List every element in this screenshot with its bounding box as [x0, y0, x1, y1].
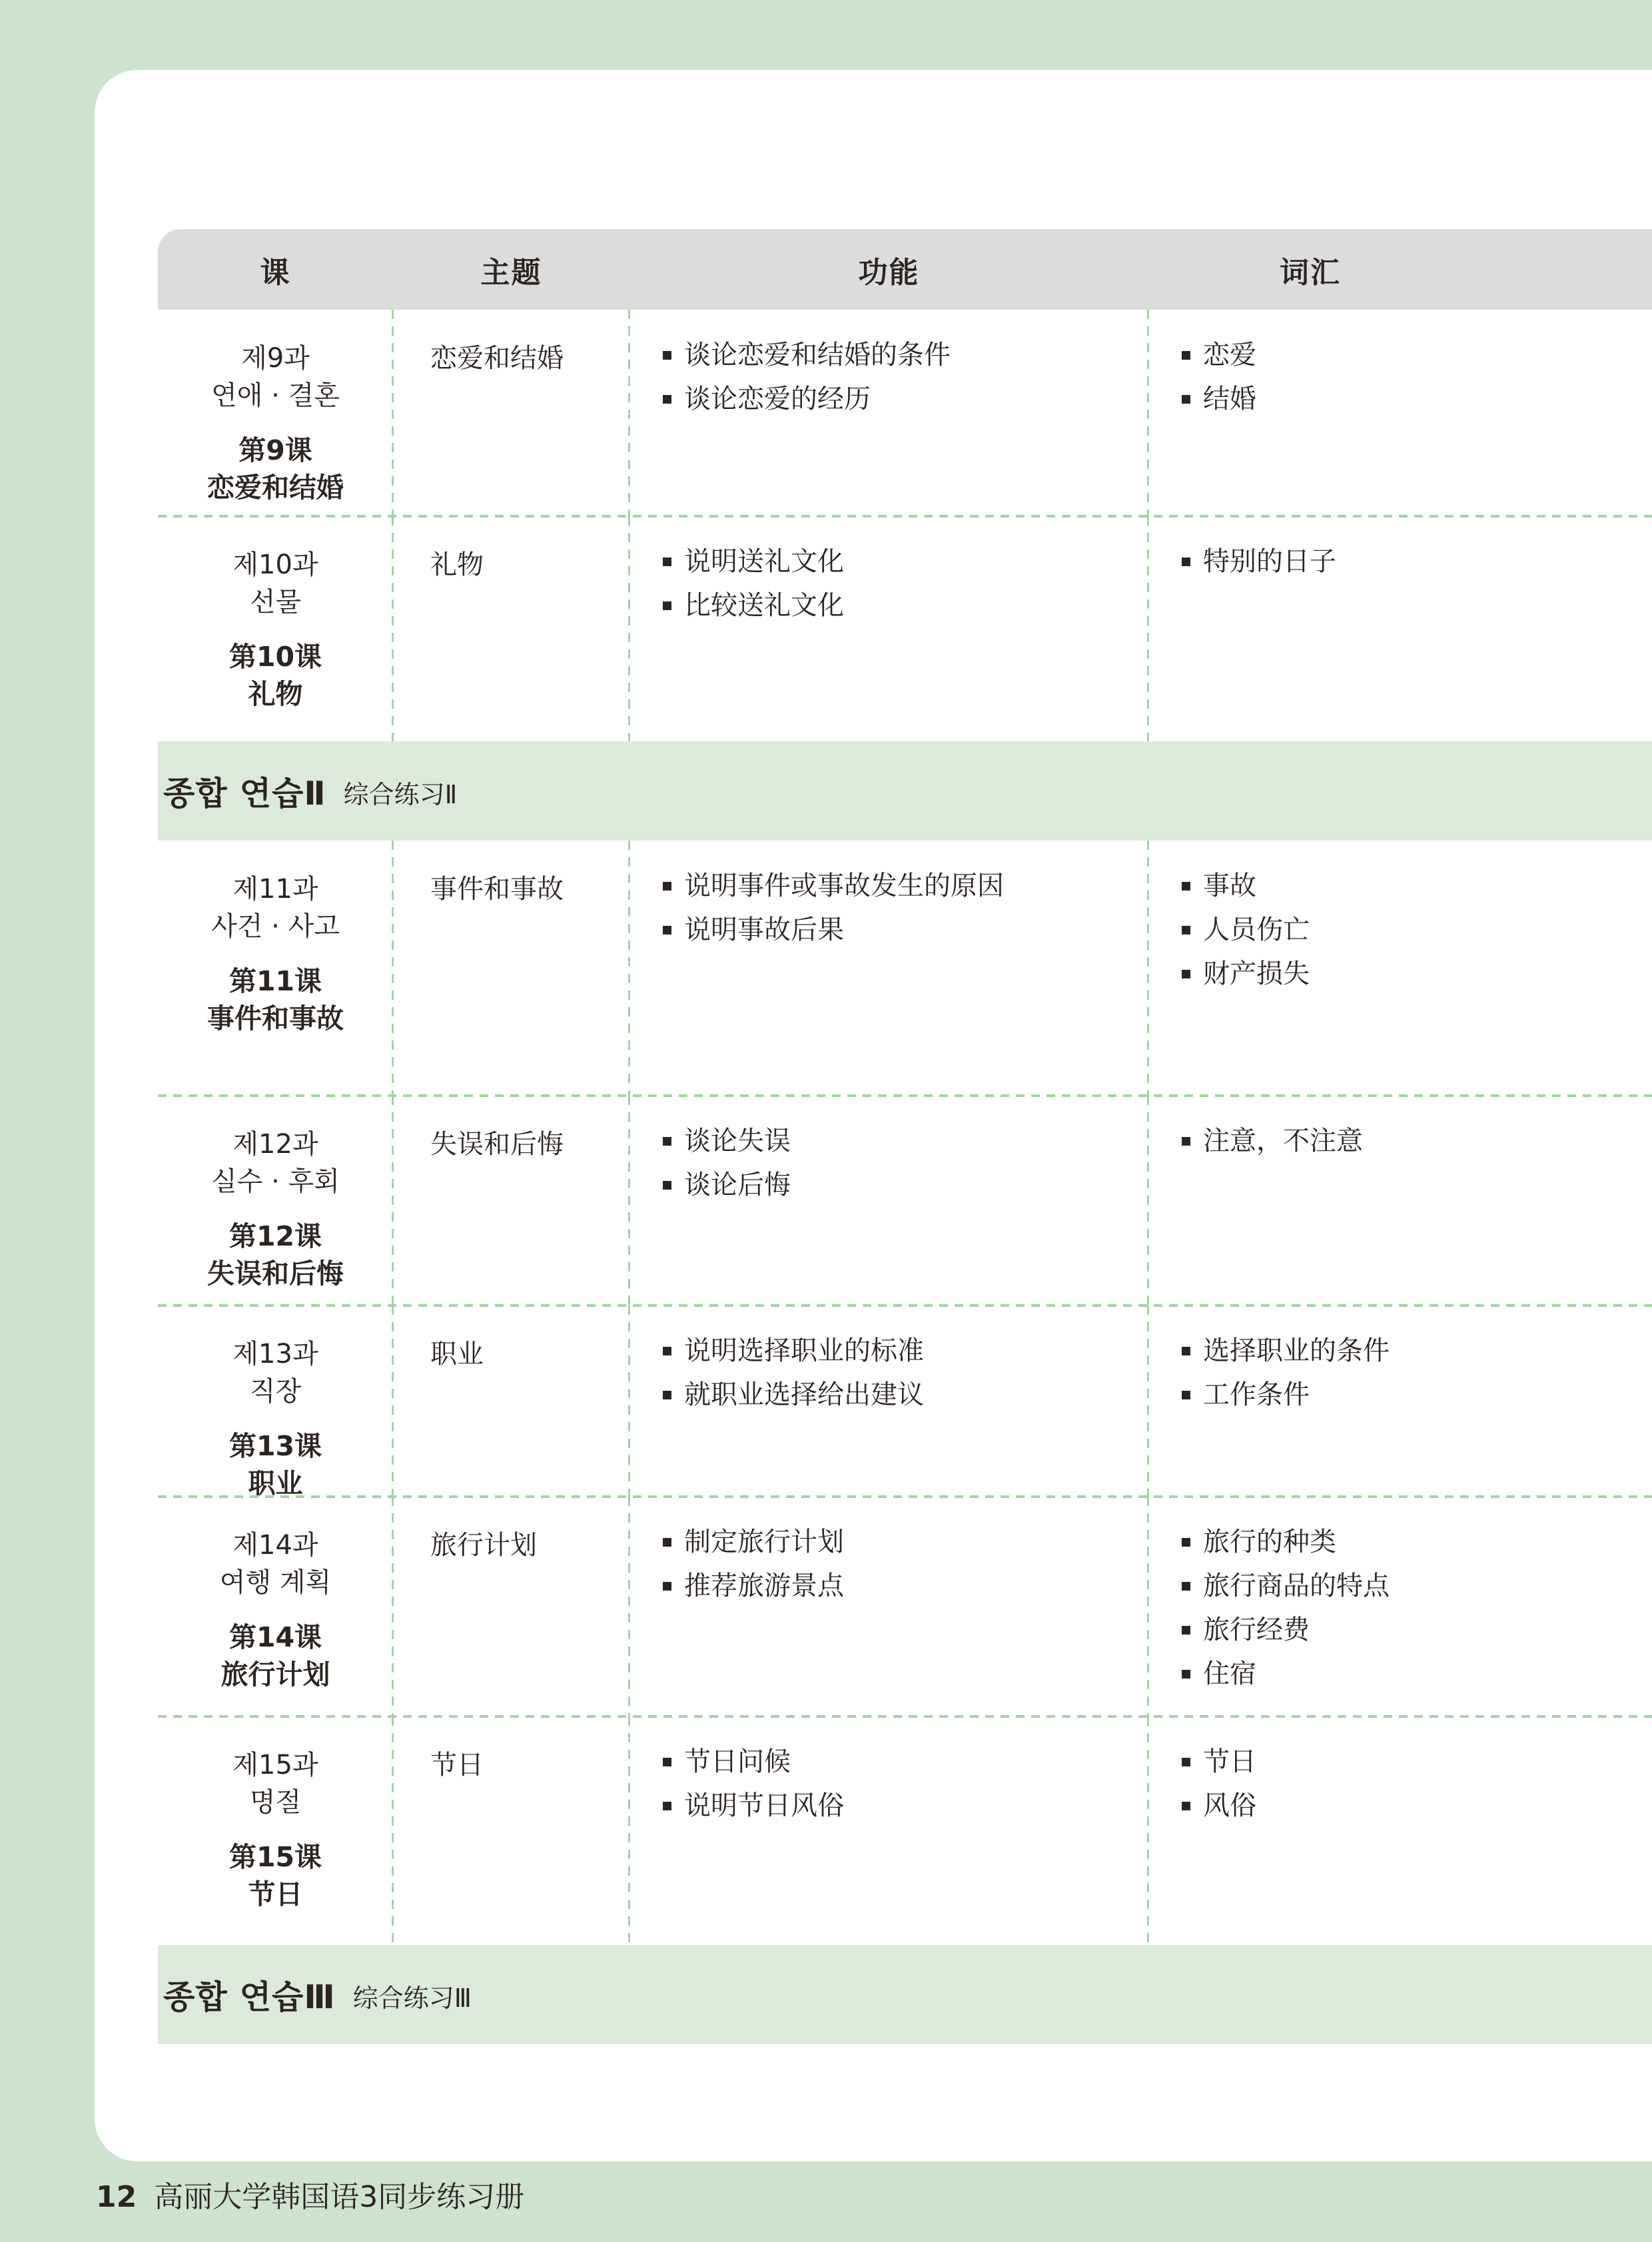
page-footer: 12高丽大学韩国语3同步练习册	[96, 2173, 524, 2215]
section-title-chinese: 综合练习Ⅲ	[353, 1975, 472, 2014]
vocabulary-item: 选择职业的条件	[1180, 1333, 1652, 1368]
function-item: 就职业选择给出建议	[661, 1377, 1148, 1412]
column-divider	[392, 1497, 394, 1716]
column-divider	[1147, 1716, 1149, 1945]
vocabulary-item: 旅行商品的特点	[1180, 1569, 1652, 1603]
topic-cell: 职业	[393, 1306, 629, 1502]
function-item: 谈论恋爱和结婚的条件	[661, 338, 1148, 372]
functions-cell: 说明选择职业的标准 就职业选择给出建议	[629, 1306, 1148, 1502]
vocabulary-cell: 事故 人员伤亡 财产损失	[1148, 841, 1652, 1096]
content-panel: 课 主题 功能 词汇 제9과 연애 · 결혼 第9课 恋爱和结婚 恋爱和结婚 谈…	[95, 70, 1652, 2161]
function-item: 谈论后悔	[661, 1168, 1148, 1202]
lesson-title-chinese: 第15课 节日	[158, 1838, 393, 1913]
functions-cell: 节日问候 说明节日风俗	[629, 1716, 1148, 1945]
functions-cell: 说明事件或事故发生的原因 说明事故后果	[629, 841, 1148, 1096]
column-divider	[1147, 1096, 1149, 1306]
function-item: 推荐旅游景点	[661, 1569, 1148, 1603]
column-divider	[628, 1306, 630, 1497]
syllabus-table: 课 主题 功能 词汇 제9과 연애 · 결혼 第9课 恋爱和结婚 恋爱和结婚 谈…	[158, 229, 1652, 2044]
lesson-title-korean: 제14과 여행 계획	[158, 1527, 393, 1601]
table-row-lesson-15: 제15과 명절 第15课 节日 节日 节日问候 说明节日风俗 节日 风俗	[158, 1716, 1652, 1945]
column-divider	[392, 1096, 394, 1306]
topic-cell: 恋爱和结婚	[393, 310, 629, 516]
lesson-title-korean: 제12과 실수 · 후회	[158, 1126, 393, 1200]
section-title-korean: 종합 연습Ⅲ	[163, 1972, 336, 2018]
lesson-title-chinese: 第11课 事件和事故	[158, 962, 393, 1037]
table-row-lesson-9: 제9과 연애 · 결혼 第9课 恋爱和结婚 恋爱和结婚 谈论恋爱和结婚的条件 谈…	[158, 310, 1652, 516]
lesson-cell: 제14과 여행 계획 第14课 旅行计划	[158, 1497, 393, 1716]
lesson-title-korean: 제15과 명절	[158, 1746, 393, 1821]
column-divider	[1147, 516, 1149, 741]
section-title-korean: 종합 연습Ⅱ	[163, 768, 326, 815]
vocabulary-cell: 旅行的种类 旅行商品的特点 旅行经费 住宿	[1148, 1497, 1652, 1716]
vocabulary-item: 注意，不注意	[1180, 1124, 1652, 1158]
lesson-title-chinese: 第10课 礼物	[158, 638, 393, 713]
function-item: 说明送礼文化	[661, 544, 1148, 579]
functions-cell: 谈论恋爱和结婚的条件 谈论恋爱的经历	[629, 310, 1148, 516]
column-divider	[392, 516, 394, 741]
lesson-cell: 제13과 직장 第13课 职业	[158, 1306, 393, 1502]
table-row-lesson-10: 제10과 선물 第10课 礼物 礼物 说明送礼文化 比较送礼文化 特别的日子	[158, 516, 1652, 741]
table-row-lesson-14: 제14과 여행 계획 第14课 旅行计划 旅行计划 制定旅行计划 推荐旅游景点 …	[158, 1497, 1652, 1716]
column-header-function: 功能	[629, 248, 1148, 291]
function-item: 谈论恋爱的经历	[661, 382, 1148, 416]
column-header-topic: 主题	[393, 248, 629, 291]
vocabulary-item: 恋爱	[1180, 338, 1652, 372]
section-bar-practice-3: 종합 연습Ⅲ 综合练习Ⅲ	[158, 1945, 1652, 2044]
vocabulary-cell: 恋爱 结婚	[1148, 310, 1652, 516]
vocabulary-cell: 注意，不注意	[1148, 1096, 1652, 1306]
lesson-title-korean: 제9과 연애 · 결혼	[158, 340, 393, 414]
functions-cell: 说明送礼文化 比较送礼文化	[629, 516, 1148, 741]
column-divider	[392, 310, 394, 516]
lesson-cell: 제12과 실수 · 후회 第12课 失误和后悔	[158, 1096, 393, 1306]
lesson-title-chinese: 第12课 失误和后悔	[158, 1218, 393, 1292]
topic-cell: 失误和后悔	[393, 1096, 629, 1306]
lesson-cell: 제15과 명절 第15课 节日	[158, 1716, 393, 1945]
function-item: 比较送礼文化	[661, 588, 1148, 623]
vocabulary-cell: 节日 风俗	[1148, 1716, 1652, 1945]
column-divider	[628, 310, 630, 516]
column-divider	[1147, 841, 1149, 1096]
column-divider	[628, 1497, 630, 1716]
lesson-title-chinese: 第13课 职业	[158, 1427, 393, 1502]
functions-cell: 制定旅行计划 推荐旅游景点	[629, 1497, 1148, 1716]
column-divider	[628, 1716, 630, 1945]
vocabulary-item: 结婚	[1180, 382, 1652, 416]
topic-cell: 礼物	[393, 516, 629, 741]
vocabulary-cell: 特别的日子	[1148, 516, 1652, 741]
lesson-title-korean: 제10과 선물	[158, 546, 393, 621]
column-divider	[392, 1716, 394, 1945]
vocabulary-item: 工作条件	[1180, 1377, 1652, 1412]
page-number: 12	[96, 2180, 137, 2214]
column-divider	[1147, 1306, 1149, 1497]
table-row-lesson-12: 제12과 실수 · 후회 第12课 失误和后悔 失误和后悔 谈论失误 谈论后悔 …	[158, 1096, 1652, 1306]
lesson-cell: 제11과 사건 · 사고 第11课 事件和事故	[158, 841, 393, 1096]
page-background: { "colors": { "page_bg": "#cde3cd", "pan…	[0, 0, 1652, 2242]
function-item: 谈论失误	[661, 1124, 1148, 1158]
function-item: 节日问候	[661, 1744, 1148, 1779]
function-item: 说明节日风俗	[661, 1788, 1148, 1823]
vocabulary-cell: 选择职业的条件 工作条件	[1148, 1306, 1652, 1502]
section-title-chinese: 综合练习Ⅱ	[344, 771, 458, 811]
table-header-row: 课 主题 功能 词汇	[158, 229, 1652, 310]
vocabulary-item: 事故	[1180, 869, 1652, 903]
column-divider	[628, 516, 630, 741]
vocabulary-item: 风俗	[1180, 1788, 1652, 1823]
vocabulary-item: 住宿	[1180, 1657, 1652, 1691]
vocabulary-item: 人员伤亡	[1180, 913, 1652, 947]
column-divider	[628, 841, 630, 1096]
topic-cell: 节日	[393, 1716, 629, 1945]
lesson-cell: 제9과 연애 · 결혼 第9课 恋爱和结婚	[158, 310, 393, 516]
function-item: 说明选择职业的标准	[661, 1333, 1148, 1368]
column-divider	[628, 1096, 630, 1306]
function-item: 说明事件或事故发生的原因	[661, 869, 1148, 903]
column-divider	[392, 1306, 394, 1497]
vocabulary-item: 节日	[1180, 1744, 1652, 1779]
function-item: 说明事故后果	[661, 913, 1148, 947]
lesson-cell: 제10과 선물 第10课 礼物	[158, 516, 393, 741]
column-divider	[1147, 310, 1149, 516]
table-row-lesson-11: 제11과 사건 · 사고 第11课 事件和事故 事件和事故 说明事件或事故发生的…	[158, 841, 1652, 1096]
column-divider	[1147, 1497, 1149, 1716]
column-header-lesson: 课	[158, 248, 393, 291]
vocabulary-item: 特别的日子	[1180, 544, 1652, 579]
topic-cell: 事件和事故	[393, 841, 629, 1096]
lesson-title-korean: 제11과 사건 · 사고	[158, 871, 393, 945]
functions-cell: 谈论失误 谈论后悔	[629, 1096, 1148, 1306]
lesson-title-chinese: 第14课 旅行计划	[158, 1619, 393, 1693]
section-bar-practice-2: 종합 연습Ⅱ 综合练习Ⅱ	[158, 741, 1652, 841]
vocabulary-item: 旅行的种类	[1180, 1525, 1652, 1559]
column-divider	[392, 841, 394, 1096]
vocabulary-item: 财产损失	[1180, 956, 1652, 991]
topic-cell: 旅行计划	[393, 1497, 629, 1716]
lesson-title-korean: 제13과 직장	[158, 1335, 393, 1410]
vocabulary-item: 旅行经费	[1180, 1613, 1652, 1647]
book-title: 高丽大学韩国语3同步练习册	[154, 2180, 524, 2214]
table-row-lesson-13: 제13과 직장 第13课 职业 职业 说明选择职业的标准 就职业选择给出建议 选…	[158, 1306, 1652, 1497]
function-item: 制定旅行计划	[661, 1525, 1148, 1559]
lesson-title-chinese: 第9课 恋爱和结婚	[158, 432, 393, 506]
column-header-vocabulary: 词汇	[1148, 248, 1652, 291]
